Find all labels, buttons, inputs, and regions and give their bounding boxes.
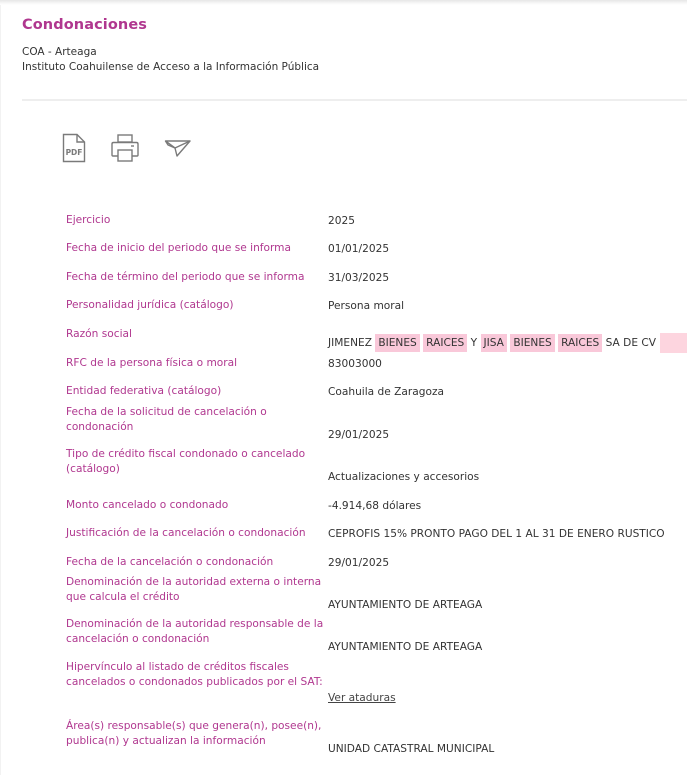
field-value: 31/03/2025 (328, 271, 389, 286)
action-toolbar: PDF (62, 133, 215, 163)
pdf-button[interactable]: PDF (62, 133, 86, 163)
subject-name: COA - Arteaga (22, 45, 687, 60)
field-label: Denominación de la autoridad externa o i… (66, 575, 324, 606)
field-label: Fecha de término del periodo que se info… (66, 270, 324, 286)
field-value: Coahuila de Zaragoza (328, 385, 444, 400)
name-part: JIMENEZ (328, 337, 372, 349)
header-separator (22, 99, 687, 101)
highlight-tail (660, 333, 687, 353)
field-value: Ver ataduras (328, 691, 396, 706)
print-button[interactable] (110, 133, 140, 163)
field-label: Personalidad jurídica (catálogo) (66, 298, 324, 314)
page: Condonaciones COA - Arteaga Instituto Co… (0, 0, 687, 775)
name-part-highlighted: JISA (481, 334, 507, 352)
name-part-highlighted: BIENES (510, 334, 554, 352)
field-value: JIMENEZ BIENES RAICES Y JISA BIENES RAIC… (328, 333, 687, 353)
subtitle: COA - Arteaga Instituto Coahuilense de A… (22, 45, 687, 75)
field-value: UNIDAD CATASTRAL MUNICIPAL (328, 742, 494, 757)
field-label: Entidad federativa (catálogo) (66, 384, 324, 400)
field-value: CEPROFIS 15% PRONTO PAGO DEL 1 AL 31 DE … (328, 527, 665, 542)
field-label: RFC de la persona física o moral (66, 356, 324, 372)
field-label: Fecha de inicio del periodo que se infor… (66, 241, 324, 257)
printer-icon (110, 133, 140, 163)
field-label: Justificación de la cancelación o condon… (66, 526, 328, 542)
field-label: Hipervínculo al listado de créditos fisc… (66, 660, 324, 691)
field-value: 29/01/2025 (328, 428, 389, 443)
name-part-highlighted: RAICES (423, 334, 467, 352)
top-shadow (0, 0, 687, 5)
field-label: Razón social (66, 327, 324, 343)
ver-ataduras-link[interactable]: Ver ataduras (328, 692, 396, 704)
field-label: Fecha de la solicitud de cancelación o c… (66, 405, 324, 436)
paper-plane-icon (164, 137, 192, 159)
left-edge (0, 5, 1, 775)
field-label: Tipo de crédito fiscal condonado o cance… (66, 447, 324, 478)
name-part: Y (471, 337, 477, 349)
name-part-highlighted: RAICES (558, 334, 602, 352)
field-value: Actualizaciones y accesorios (328, 470, 479, 485)
field-value: -4.914,68 dólares (328, 499, 421, 514)
field-label: Denominación de la autoridad responsable… (66, 617, 324, 648)
svg-text:PDF: PDF (66, 148, 83, 157)
send-button[interactable] (164, 137, 192, 159)
page-title: Condonaciones (22, 14, 687, 36)
header: Condonaciones COA - Arteaga Instituto Co… (22, 14, 687, 75)
field-label: Monto cancelado o condonado (66, 498, 324, 514)
institution-name: Instituto Coahuilense de Acceso a la Inf… (22, 60, 687, 75)
field-label: Fecha de la cancelación o condonación (66, 555, 324, 571)
field-value: AYUNTAMIENTO DE ARTEAGA (328, 598, 482, 613)
name-part: SA DE CV (606, 337, 656, 349)
field-value: 2025 (328, 214, 355, 229)
field-value: 83003000 (328, 357, 382, 372)
field-label: Área(s) responsable(s) que genera(n), po… (66, 719, 328, 750)
pdf-icon: PDF (62, 133, 86, 163)
field-value: 01/01/2025 (328, 242, 389, 257)
field-value: AYUNTAMIENTO DE ARTEAGA (328, 640, 482, 655)
name-part-highlighted: BIENES (375, 334, 419, 352)
field-label: Ejercicio (66, 213, 324, 229)
field-value: Persona moral (328, 299, 404, 314)
field-value: 29/01/2025 (328, 556, 389, 571)
